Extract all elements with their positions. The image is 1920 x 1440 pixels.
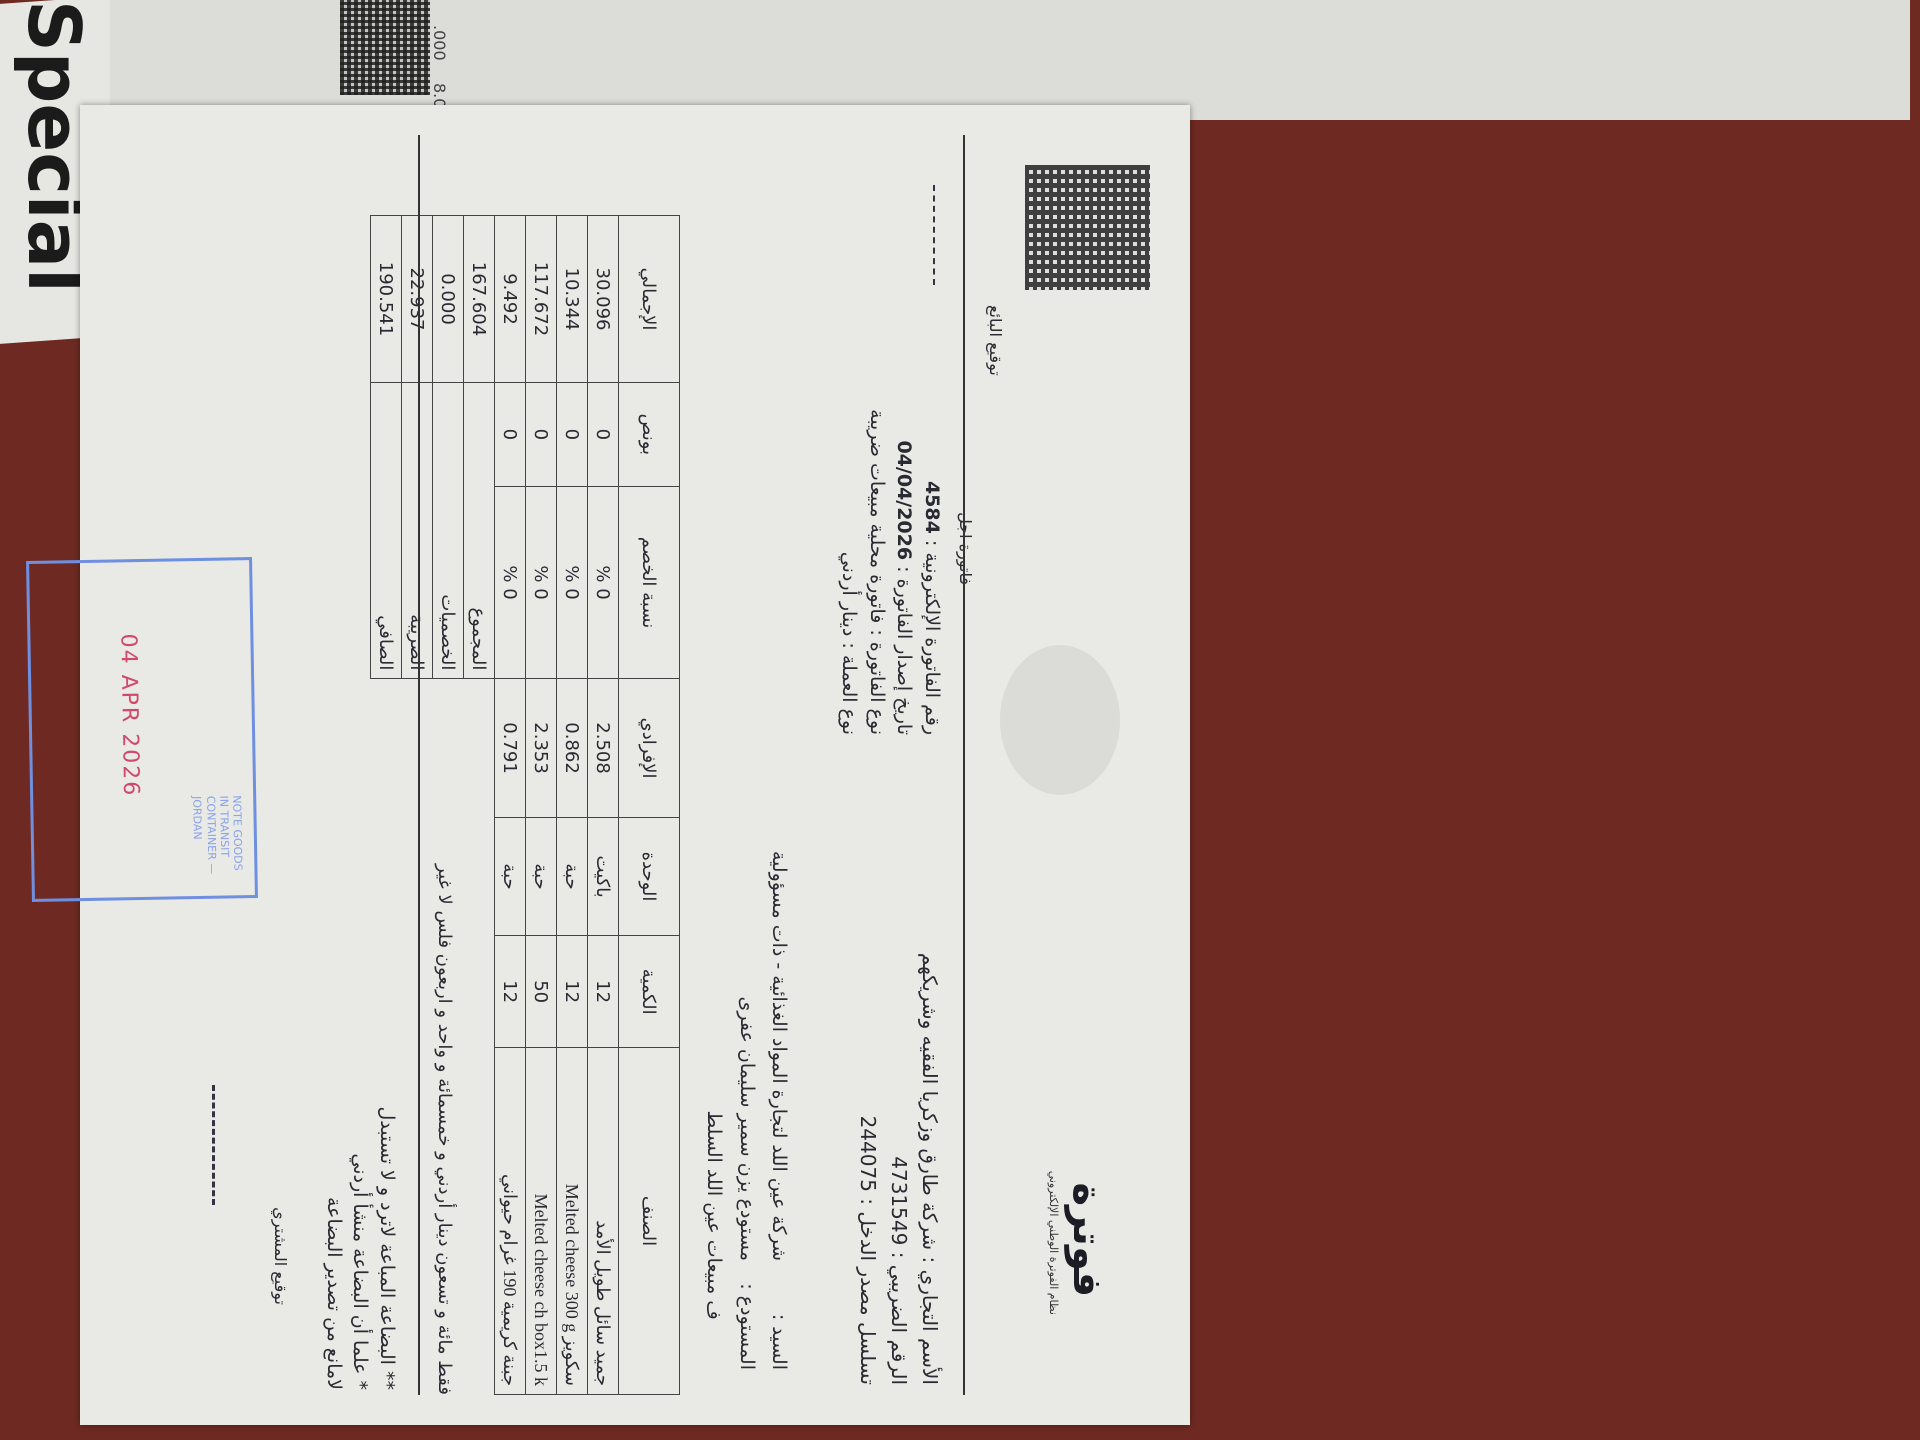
table-row: Melted cheese ch box1.5 k50حبة2.3530 %01… [526, 216, 557, 1395]
amount-in-words: فقط مائة و تسعون دينار أردني و خمسمائة و… [434, 864, 455, 1395]
summary-row: المجموع167.604 [464, 216, 495, 1395]
cell-discount: 0 % [557, 486, 588, 679]
cell-item: سكويز Melted cheese 300 g [557, 1048, 588, 1395]
seller-tax-number: الرقم الضريبي : 4731549 [883, 953, 914, 1385]
footer-divider [418, 135, 420, 1395]
header-qty: الكمية [619, 936, 680, 1048]
customs-stamp: NOTE GOODS IN TRANSIT CONTAINER — JORDAN… [26, 557, 258, 902]
cell-qty: 12 [557, 936, 588, 1048]
note-no-return: ** البضاعة المباعة لاترد و لا تستبدل [373, 1107, 400, 1391]
cell-total: 30.096 [588, 216, 619, 383]
buyer-name-row: السيد : شركة عين اللد لتجارة المواد الغذ… [763, 851, 795, 1370]
cell-unit-price: 0.862 [557, 679, 588, 817]
invoice-title: فاتورة اجل [956, 512, 975, 585]
seller-info: الأسم التجاري : شركة طارق وزكريا الفقيه … [852, 953, 945, 1385]
cell-bonus: 0 [588, 383, 619, 487]
stamp-date: 04 APR 2026 [115, 633, 143, 797]
buyer-warehouse-note: ف مبيعات عين اللد السلط [698, 851, 730, 1320]
summary-label: الخصميات [433, 383, 464, 679]
summary-spacer [402, 679, 433, 1395]
cell-unit: حبة [526, 817, 557, 936]
header-total: الإجمالي [619, 216, 680, 383]
summary-row: الضريبة22.937 [402, 216, 433, 1395]
invoice-date: تاريخ إصدار الفاتورة : 04/04/2026 [890, 409, 918, 735]
seller-signature-line [933, 185, 935, 285]
summary-label: المجموع [464, 383, 495, 679]
cell-item: Melted cheese ch box1.5 k [526, 1048, 557, 1395]
invoice-info: رقم الفاتورة الإلكترونية : 4584 تاريخ إص… [835, 409, 945, 735]
logo-subtitle: نظام الفوترة الوطني الإلكتروني [1047, 1171, 1060, 1315]
invoice-page: فوترة نظام الفوترة الوطني الإلكتروني فات… [80, 105, 1190, 1425]
cell-total: 10.344 [557, 216, 588, 383]
table-row: جميد سائل طويل الأمد12باكيت2.5080 %030.0… [588, 216, 619, 1395]
header-divider [963, 135, 965, 1395]
qr-code [1025, 165, 1150, 290]
table-row: جبنة كريمية 190 غرام حيواني12حبة0.7910 %… [495, 216, 526, 1395]
seller-trade-name: الأسم التجاري : شركة طارق وزكريا الفقيه … [914, 953, 945, 1385]
buyer-info: السيد : شركة عين اللد لتجارة المواد الغذ… [698, 851, 795, 1370]
invoice-type: نوع الفاتورة : فاتورة محلية مبيعات ضريبة [862, 409, 890, 735]
fawtara-logo: فوترة نظام الفوترة الوطني الإلكتروني [1047, 1171, 1110, 1315]
cell-bonus: 0 [526, 383, 557, 487]
notes: ** البضاعة المباعة لاترد و لا تستبدل * ع… [320, 1107, 400, 1391]
cell-unit: حبة [557, 817, 588, 936]
summary-label: الضريبة [402, 383, 433, 679]
buyer-signature-line [212, 1085, 215, 1205]
note-origin: * علما أن البضاعة منشأ أردني [347, 1107, 374, 1391]
summary-value: 190.541 [371, 216, 402, 383]
invoice-currency: نوع العملة : دينار أردني [835, 409, 863, 735]
invoice-number: رقم الفاتورة الإلكترونية : 4584 [917, 409, 945, 735]
table-row: سكويز Melted cheese 300 g12حبة0.8620 %01… [557, 216, 588, 1395]
logo-name: فوترة [1064, 1182, 1110, 1297]
cell-discount: 0 % [495, 486, 526, 679]
table-header-row: الصنف الكمية الوحدة الإفرادي نسبة الخصم … [619, 216, 680, 1395]
summary-value: 167.604 [464, 216, 495, 383]
summary-value: 0.000 [433, 216, 464, 383]
cell-qty: 12 [588, 936, 619, 1048]
cell-qty: 50 [526, 936, 557, 1048]
cell-unit-price: 2.353 [526, 679, 557, 817]
header-unit-price: الإفرادي [619, 679, 680, 817]
cell-item: جبنة كريمية 190 غرام حيواني [495, 1048, 526, 1395]
background-qr-code [340, 0, 430, 95]
cell-unit-price: 2.508 [588, 679, 619, 817]
cell-unit: حبة [495, 817, 526, 936]
header-unit: الوحدة [619, 817, 680, 936]
cell-unit: باكيت [588, 817, 619, 936]
cell-total: 117.672 [526, 216, 557, 383]
stamp-text: NOTE GOODS IN TRANSIT CONTAINER — JORDAN [190, 795, 244, 886]
watermark-logo [1000, 645, 1120, 795]
seller-income-source: تسلسل مصدر الدخل : 244075 [852, 953, 883, 1385]
cell-discount: 0 % [588, 486, 619, 679]
cell-qty: 12 [495, 936, 526, 1048]
seller-signature-label: توقيع البائع [986, 305, 1005, 376]
cell-bonus: 0 [495, 383, 526, 487]
header-bonus: بونص [619, 383, 680, 487]
cell-total: 9.492 [495, 216, 526, 383]
buyer-signature-label: توقيع المشتري [271, 1207, 290, 1305]
cell-unit-price: 0.791 [495, 679, 526, 817]
summary-value: 22.937 [402, 216, 433, 383]
header-discount: نسبة الخصم [619, 486, 680, 679]
items-table: الصنف الكمية الوحدة الإفرادي نسبة الخصم … [370, 215, 680, 1395]
cell-bonus: 0 [557, 383, 588, 487]
summary-spacer [464, 679, 495, 1395]
note-export: لامانع من تصدير البضاعة [320, 1107, 347, 1391]
cell-discount: 0 % [526, 486, 557, 679]
buyer-warehouse-row: المستودع : مستودع يزن سمير سليمان عفرى [730, 851, 762, 1370]
summary-label: الصافي [371, 383, 402, 679]
header-item: الصنف [619, 1048, 680, 1395]
invoice-page-wrapper: فوترة نظام الفوترة الوطني الإلكتروني فات… [70, 105, 1290, 1425]
cell-item: جميد سائل طويل الأمد [588, 1048, 619, 1395]
